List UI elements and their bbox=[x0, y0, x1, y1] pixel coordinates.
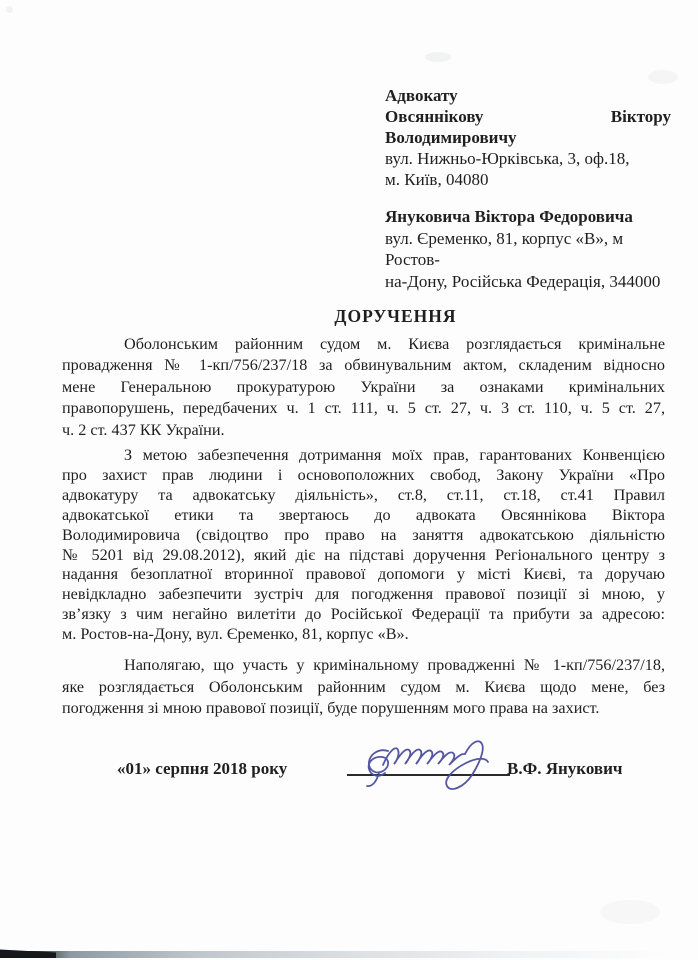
scanned-letter-page: Адвокату Овсяннікову Віктору Володимиров… bbox=[0, 0, 698, 960]
scan-corner-artifact bbox=[0, 948, 56, 958]
date-text: «01» серпня 2018 року bbox=[117, 759, 287, 779]
recipient-city: м. Київ, 04080 bbox=[385, 169, 671, 190]
recipient-role: Адвокату bbox=[385, 85, 671, 106]
text-line: мене Генеральною прокуратурою України за… bbox=[62, 377, 665, 398]
text-line: невідкладно забезпечити зустріч для пого… bbox=[62, 585, 665, 605]
recipient-name-line: Овсяннікову Віктору bbox=[385, 106, 671, 127]
handwritten-signature-icon bbox=[327, 733, 522, 825]
principal-street: вул. Єременко, 81, корпус «В», м Ростов- bbox=[385, 228, 671, 271]
recipient-surname: Овсяннікову bbox=[385, 106, 483, 127]
text-line: м. Ростов-на-Дону, вул. Єременко, 81, ко… bbox=[62, 625, 665, 645]
text-line: Володимировича (свідоцтво про право на з… bbox=[62, 526, 665, 546]
text-line: Наполягаю, що участь у кримінальному про… bbox=[62, 655, 665, 677]
text-line: провадження № 1-кп/756/237/18 за обвинув… bbox=[62, 355, 665, 376]
paragraph-3: Наполягаю, що участь у кримінальному про… bbox=[62, 655, 665, 720]
text-line: погодження зі мною правової позиції, буд… bbox=[62, 698, 665, 720]
scan-noise-speck bbox=[425, 52, 451, 62]
text-line: № 5201 від 29.08.2012), який діє на підс… bbox=[62, 546, 665, 566]
principal-name: Януковича Віктора Федоровича bbox=[385, 206, 671, 228]
scan-noise-speck bbox=[600, 900, 660, 924]
text-line: правопорушень, передбачених ч. 1 ст. 111… bbox=[62, 398, 665, 419]
paragraph-2: З метою забезпечення дотримання моїх пра… bbox=[62, 446, 665, 645]
signatory-name: В.Ф. Янукович bbox=[507, 759, 622, 779]
principal-city: на-Дону, Російська Федерація, 344000 bbox=[385, 271, 671, 293]
text-line: ч. 2 ст. 437 КК України. bbox=[62, 420, 665, 441]
text-line: зв’язку з чим негайно вилетіти до Російс… bbox=[62, 605, 665, 625]
scan-noise-speck bbox=[6, 6, 13, 13]
text-line: З метою забезпечення дотримання моїх пра… bbox=[62, 446, 665, 466]
principal-address-block: Януковича Віктора Федоровича вул. Єремен… bbox=[385, 206, 671, 292]
recipient-street: вул. Нижньо-Юрківська, 3, оф.18, bbox=[385, 148, 671, 169]
text-line: адвокатуру та адвокатську діяльність», с… bbox=[62, 486, 665, 506]
recipient-firstname: Віктору bbox=[611, 106, 671, 127]
document-title: ДОРУЧЕННЯ bbox=[62, 306, 665, 327]
text-line: про захист прав людини і основоположних … bbox=[62, 466, 665, 486]
recipient-address-block: Адвокату Овсяннікову Віктору Володимиров… bbox=[385, 85, 671, 190]
text-line: яке розглядається Оболонським районним с… bbox=[62, 677, 665, 699]
scan-edge-shadow bbox=[0, 951, 698, 958]
scan-noise-speck bbox=[648, 70, 678, 84]
text-line: надання безоплатної вторинної правової д… bbox=[62, 565, 665, 585]
text-line: Оболонським районним судом м. Києва розг… bbox=[62, 334, 665, 355]
recipient-patronymic: Володимировичу bbox=[385, 127, 671, 148]
text-line: адвокатської етики та звертаюсь до адвок… bbox=[62, 506, 665, 526]
document-body: Оболонським районним судом м. Києва розг… bbox=[62, 334, 665, 720]
paragraph-1: Оболонським районним судом м. Києва розг… bbox=[62, 334, 665, 441]
